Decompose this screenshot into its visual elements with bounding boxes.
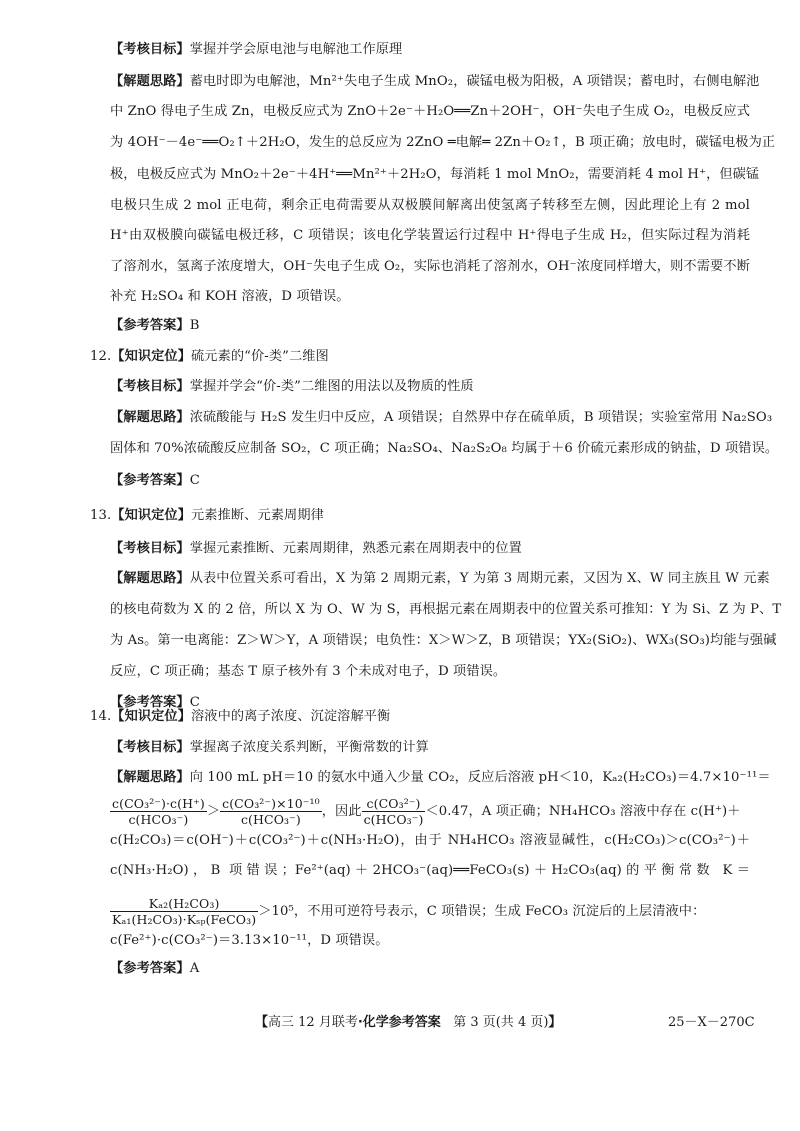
answer-value: B [190,318,200,333]
q14-fraction-line: c(CO₃²⁻)·c(H⁺)c(HCO₃⁻)＞c(CO₃²⁻)×10⁻¹⁰c(H… [110,796,750,827]
q13-idea-line: 反应，C 项正确；基态 T 原子核外有 3 个未成对电子，D 项错误。 [110,663,750,681]
q12-idea-line: 固体和 70%浓硫酸反应制备 SO₂，C 项正确；Na₂SO₄、Na₂S₂O₈ … [110,440,750,458]
q14-idea-line: c(Fe²⁺)·c(CO₃²⁻)＝3.13×10⁻¹¹，D 项错误。 [110,932,750,950]
fraction: c(CO₃²⁻)·c(H⁺)c(HCO₃⁻) [110,796,207,827]
q14-answer: 【参考答案】A [110,960,750,978]
fraction: c(CO₃²⁻)c(HCO₃⁻) [362,796,426,827]
q14-fraction-line: Kₐ₂(H₂CO₃)Kₐ₁(H₂CO₃)·Kₛₚ(FeCO₃)＞10⁵，不用可逆… [110,896,750,927]
q11-idea-line: 了溶剂水，氢离子浓度增大，OH⁻失电子生成 O₂，实际也消耗了溶剂水，OH⁻浓度… [110,258,750,276]
page-number: 第 3 页(共 4 页) [453,1015,548,1030]
goal-label: 【考核目标】 [110,42,190,57]
q11-idea-line: 电极只生成 2 mol 正电荷，剩余正电荷需要从双极膜间解离出使氢离子转移至左侧… [110,197,750,215]
q11-goal: 【考核目标】掌握并学会原电池与电解池工作原理 [110,41,750,59]
q14-goal: 【考核目标】掌握离子浓度关系判断，平衡常数的计算 [110,739,750,757]
q11-idea-line: 【解题思路】蓄电时即为电解池，Mn²⁺失电子生成 MnO₂，碳锰电极为阳极，A … [110,73,750,91]
question-number: 12. [90,349,111,364]
q14-idea-line: c(H₂CO₃)＝c(OH⁻)＋c(CO₃²⁻)＋c(NH₃·H₂O)，由于 N… [110,832,750,850]
q14-knowledge: 14.【知识定位】溶液中的离子浓度、沉淀溶解平衡 [90,708,730,726]
q14-idea-line: c(NH₃·H₂O)，B 项错误；Fe²⁺(aq)＋2HCO₃⁻(aq)══Fe… [110,862,750,880]
answer-value: A [190,961,200,976]
q13-goal: 【考核目标】掌握元素推断、元素周期律，熟悉元素在周期表中的位置 [110,540,750,558]
question-number: 13. [90,508,111,523]
idea-label: 【解题思路】 [110,74,190,89]
q12-idea-line: 【解题思路】浓硫酸能与 H₂S 发生归中反应，A 项错误；自然界中存在硫单质，B… [110,409,750,427]
q11-idea-line: H⁺由双极膜向碳锰电极迁移，C 项错误；该电化学装置运行过程中 H⁺得电子生成 … [110,227,750,245]
q12-answer: 【参考答案】C [110,472,750,490]
question-number: 14. [90,709,111,724]
q11-idea-line: 中 ZnO 得电子生成 Zn，电极反应式为 ZnO＋2e⁻＋H₂O══Zn＋2O… [110,103,750,121]
q11-idea-line: 补充 H₂SO₄ 和 KOH 溶液，D 项错误。 [110,288,750,306]
q13-knowledge: 13.【知识定位】元素推断、元素周期律 [90,507,730,525]
q12-knowledge: 12.【知识定位】硫元素的“价-类”二维图 [90,348,730,366]
answer-label: 【参考答案】 [110,318,190,333]
q11-answer: 【参考答案】B [110,317,750,335]
q11-idea-line: 为 4OH⁻－4e⁻══O₂↑＋2H₂O，发生的总反应为 2ZnO ═电解═ 2… [110,134,750,152]
q11-idea-line: 极，电极反应式为 MnO₂＋2e⁻＋4H⁺══Mn²⁺＋2H₂O，每消耗 1 m… [110,166,750,184]
fraction: Kₐ₂(H₂CO₃)Kₐ₁(H₂CO₃)·Kₛₚ(FeCO₃) [110,896,258,927]
q14-idea-line: 【解题思路】向 100 mL pH＝10 的氨水中通入少量 CO₂，反应后溶液 … [110,769,750,787]
q13-idea-line: 为 As。第一电离能：Z＞W＞Y，A 项错误；电负性：X＞W＞Z，B 项错误；Y… [110,632,750,650]
q12-goal: 【考核目标】掌握并学会“价-类”二维图的用法以及物质的性质 [110,378,750,396]
document-code: 25－X－270C [668,1011,755,1030]
answer-value: C [190,473,200,488]
fraction: c(CO₃²⁻)×10⁻¹⁰c(HCO₃⁻) [220,796,322,827]
q13-idea-line: 【解题思路】从表中位置关系可看出，X 为第 2 周期元素，Y 为第 3 周期元素… [110,570,750,588]
page-footer: 【高三 12 月联考·化学参考答案 第 3 页(共 4 页)】 [255,1011,561,1030]
q13-idea-line: 的核电荷数为 X 的 2 倍，所以 X 为 O、W 为 S，再根据元素在周期表中… [110,601,750,619]
